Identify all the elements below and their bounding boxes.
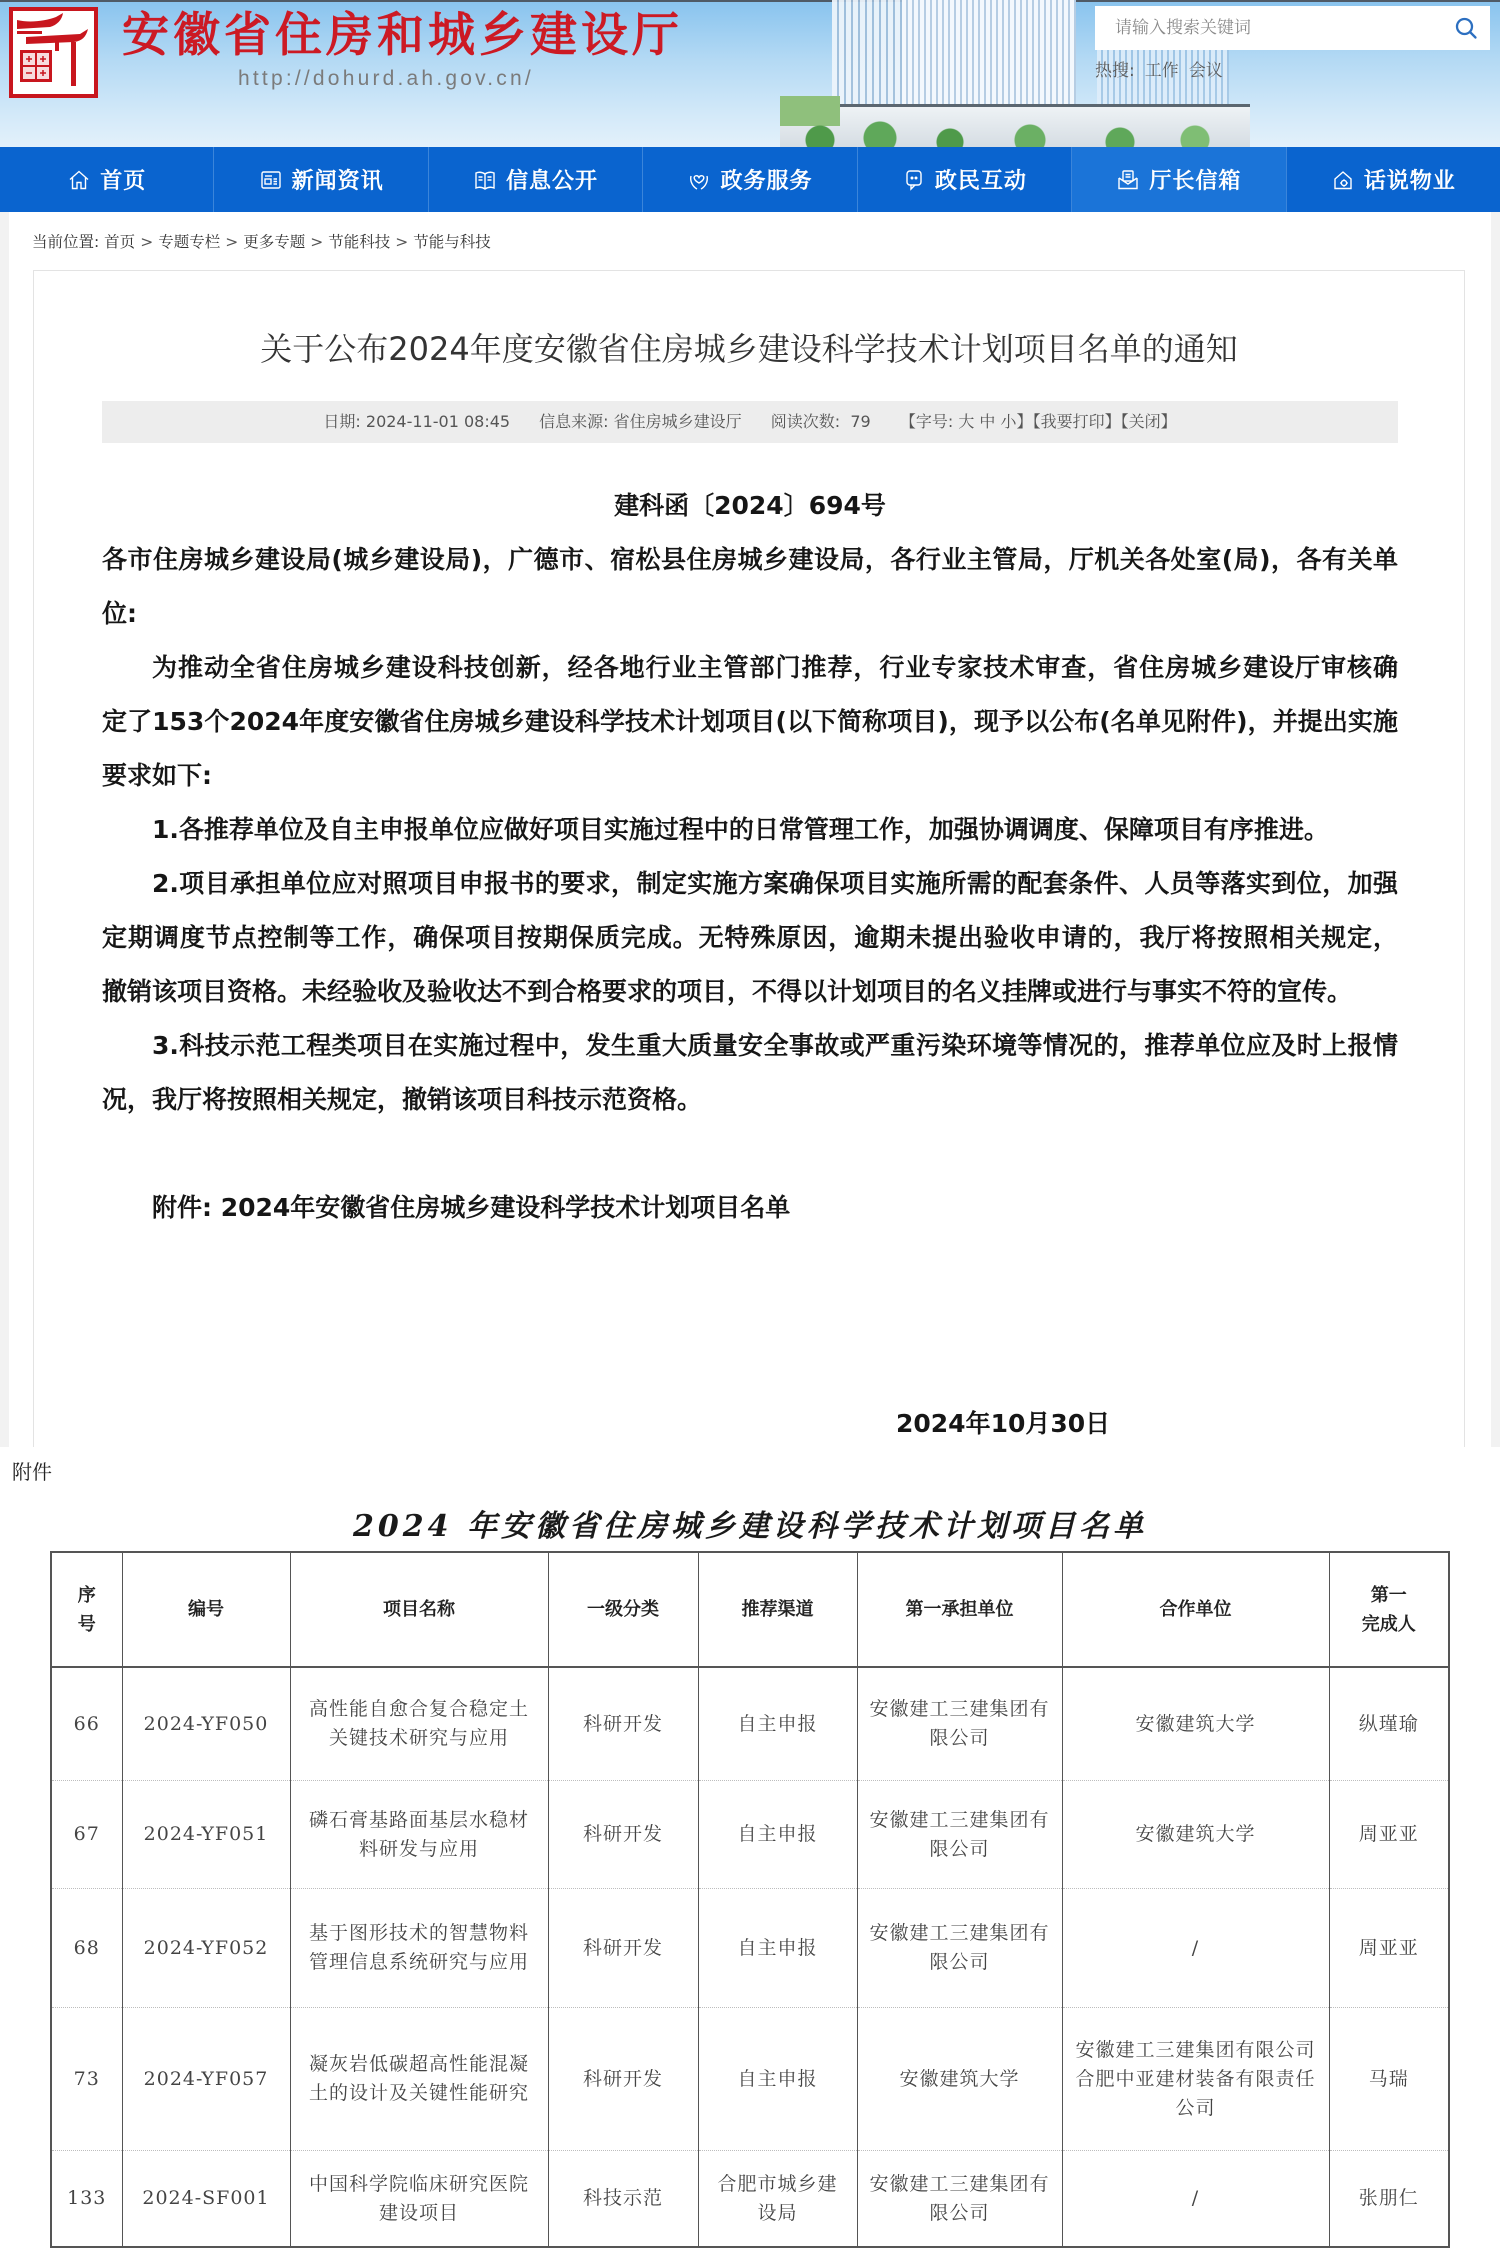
meta-date: 日期: 2024-11-01 08:45 bbox=[323, 412, 510, 431]
hot-search: 热搜:工作会议 bbox=[1095, 58, 1223, 84]
paragraph-line: 要求如下: bbox=[102, 749, 1398, 803]
cell-partner: 安徽建筑大学 bbox=[1062, 1781, 1329, 1889]
hot-search-term[interactable]: 会议 bbox=[1189, 61, 1223, 81]
newspaper-icon bbox=[259, 168, 283, 192]
column-header-category: 一级分类 bbox=[548, 1552, 698, 1667]
cell-code: 2024-YF051 bbox=[122, 1781, 290, 1889]
nav-item-label: 政务服务 bbox=[720, 164, 812, 195]
paragraph-line: 为推动全省住房城乡建设科技创新，经各地行业主管部门推荐，行业专家技术审查，省住房… bbox=[102, 641, 1398, 695]
cell-partner: / bbox=[1062, 1889, 1329, 2008]
nav-item-label: 政民互动 bbox=[935, 164, 1027, 195]
cell-code: 2024-YF050 bbox=[122, 1667, 290, 1781]
meta-views: 阅读次数: 79 bbox=[771, 412, 871, 431]
cell-lead-person: 周亚亚 bbox=[1329, 1781, 1449, 1889]
blank-line bbox=[102, 1235, 1398, 1289]
cell-seq: 66 bbox=[51, 1667, 122, 1781]
cell-lead-person: 张朋仁 bbox=[1329, 2151, 1449, 2248]
cell-seq: 133 bbox=[51, 2151, 122, 2248]
column-header-seq: 序 号 bbox=[51, 1552, 122, 1667]
header-trees bbox=[800, 118, 1220, 147]
nav-item-label: 首页 bbox=[100, 164, 146, 195]
nav-item-property-talk[interactable]: 话说物业 bbox=[1287, 147, 1500, 212]
cell-lead-unit: 安徽建工三建集团有限公司 bbox=[857, 1667, 1062, 1781]
font-size-medium-button[interactable]: 中 bbox=[979, 412, 995, 431]
cell-seq: 67 bbox=[51, 1781, 122, 1889]
meta-views-label: 阅读次数: bbox=[771, 412, 840, 431]
paragraph-line: 2.项目承担单位应对照项目申报书的要求，制定实施方案确保项目实施所需的配套条件、… bbox=[102, 857, 1398, 911]
attachment-title: 2024 年安徽省住房城乡建设科学技术计划项目名单 bbox=[0, 1509, 1500, 1545]
paragraph-line: 定了153个2024年度安徽省住房城乡建设科学技术计划项目(以下简称项目)，现予… bbox=[102, 695, 1398, 749]
cell-lead-unit: 安徽建工三建集团有限公司 bbox=[857, 2151, 1062, 2248]
nav-item-info-disclosure[interactable]: 信息公开 bbox=[429, 147, 643, 212]
site-header: 安徽省住房和城乡建设厅 http://dohurd.ah.gov.cn/ 热搜:… bbox=[0, 0, 1500, 147]
article-title: 关于公布2024年度安徽省住房城乡建设科学技术计划项目名单的通知 bbox=[34, 329, 1464, 369]
meta-views-value: 79 bbox=[850, 412, 870, 431]
font-size-large-button[interactable]: 大 bbox=[958, 412, 974, 431]
cell-channel: 自主申报 bbox=[698, 1889, 857, 2008]
meta-date-value: 2024-11-01 08:45 bbox=[366, 412, 510, 431]
cell-category: 科研开发 bbox=[548, 1667, 698, 1781]
paragraph-line: 3.科技示范工程类项目在实施过程中，发生重大质量安全事故或严重污染环境等情况的，… bbox=[102, 1019, 1398, 1073]
attachment-section: 附件 2024 年安徽省住房城乡建设科学技术计划项目名单 序 号 编号 项目名称… bbox=[0, 1447, 1500, 2264]
paragraph-line: 况，我厅将按照相关规定，撤销该项目科技示范资格。 bbox=[102, 1073, 1398, 1127]
search-input[interactable] bbox=[1095, 6, 1435, 50]
cell-partner: 安徽建工三建集团有限公司 合肥中亚建材装备有限责任公司 bbox=[1062, 2008, 1329, 2151]
project-table: 序 号 编号 项目名称 一级分类 推荐渠道 第一承担单位 合作单位 第一 完成人… bbox=[50, 1551, 1450, 2248]
site-url[interactable]: http://dohurd.ah.gov.cn/ bbox=[238, 65, 534, 93]
meta-date-label: 日期: bbox=[323, 412, 360, 431]
breadcrumb-separator: > bbox=[140, 233, 153, 251]
paragraph-line: 定期调度节点控制等工作，确保项目按期保质完成。无特殊原因，逾期未提出验收申请的，… bbox=[102, 911, 1398, 965]
font-size-bracket: 】 bbox=[1017, 412, 1033, 431]
cell-lead-person: 纵瑾瑜 bbox=[1329, 1667, 1449, 1781]
paragraph-line: 撤销该项目资格。未经验收及验收达不到合格要求的项目，不得以计划项目的名义挂牌或进… bbox=[102, 965, 1398, 1019]
cell-project-name: 磷石膏基路面基层水稳材料研发与应用 bbox=[290, 1781, 548, 1889]
cell-code: 2024-YF052 bbox=[122, 1889, 290, 2008]
table-header-row: 序 号 编号 项目名称 一级分类 推荐渠道 第一承担单位 合作单位 第一 完成人 bbox=[51, 1552, 1449, 1667]
nav-item-gov-services[interactable]: 政务服务 bbox=[643, 147, 857, 212]
cell-category: 科研开发 bbox=[548, 2008, 698, 2151]
hot-search-label: 热搜: bbox=[1095, 61, 1135, 81]
meta-source: 信息来源: 省住房城乡建设厅 bbox=[539, 412, 742, 431]
cell-channel: 自主申报 bbox=[698, 2008, 857, 2151]
top-rule bbox=[0, 0, 1500, 2]
attachment-label: 附件 bbox=[12, 1458, 52, 1486]
breadcrumb-item[interactable]: 节能科技 bbox=[328, 233, 390, 251]
column-header-channel: 推荐渠道 bbox=[698, 1552, 857, 1667]
nav-item-label: 话说物业 bbox=[1364, 164, 1456, 195]
table-row: 67 2024-YF051 磷石膏基路面基层水稳材料研发与应用 科研开发 自主申… bbox=[51, 1781, 1449, 1889]
column-header-lead-person: 第一 完成人 bbox=[1329, 1552, 1449, 1667]
cell-category: 科研开发 bbox=[548, 1781, 698, 1889]
addressee-line: 各市住房城乡建设局(城乡建设局)，广德市、宿松县住房城乡建设局，各行业主管局，厅… bbox=[102, 533, 1398, 587]
blank-line bbox=[102, 1343, 1398, 1397]
breadcrumb: 当前位置: 首页>专题专栏>更多专题>节能科技>节能与科技 bbox=[32, 232, 491, 252]
house-gear-icon bbox=[1331, 168, 1355, 192]
cell-category: 科技示范 bbox=[548, 2151, 698, 2248]
table-row: 73 2024-YF057 凝灰岩低碳超高性能混凝土的设计及关键性能研究 科研开… bbox=[51, 2008, 1449, 2151]
cell-project-name: 中国科学院临床研究医院建设项目 bbox=[290, 2151, 548, 2248]
cell-channel: 自主申报 bbox=[698, 1667, 857, 1781]
cell-lead-person: 周亚亚 bbox=[1329, 1889, 1449, 2008]
blank-line bbox=[102, 1127, 1398, 1181]
home-icon bbox=[67, 168, 91, 192]
nav-item-director-mailbox[interactable]: 厅长信箱 bbox=[1072, 147, 1286, 212]
breadcrumb-separator: > bbox=[395, 233, 408, 251]
breadcrumb-item[interactable]: 更多专题 bbox=[243, 233, 305, 251]
breadcrumb-item[interactable]: 节能与科技 bbox=[413, 233, 491, 251]
nav-item-public-interaction[interactable]: 政民互动 bbox=[858, 147, 1072, 212]
cell-channel: 合肥市城乡建设局 bbox=[698, 2151, 857, 2248]
cell-seq: 73 bbox=[51, 2008, 122, 2151]
column-header-lead-unit: 第一承担单位 bbox=[857, 1552, 1062, 1667]
cell-project-name: 高性能自愈合复合稳定土关键技术研究与应用 bbox=[290, 1667, 548, 1781]
search-box bbox=[1095, 6, 1490, 50]
addressee-line: 位: bbox=[102, 587, 1398, 641]
print-button[interactable]: 【我要打印】 bbox=[1033, 412, 1121, 431]
article-meta-bar: 日期: 2024-11-01 08:45 信息来源: 省住房城乡建设厅 阅读次数… bbox=[102, 401, 1398, 443]
nav-item-label: 新闻资讯 bbox=[292, 164, 384, 195]
cell-partner: 安徽建筑大学 bbox=[1062, 1667, 1329, 1781]
breadcrumb-separator: > bbox=[310, 233, 323, 251]
cell-lead-unit: 安徽建筑大学 bbox=[857, 2008, 1062, 2151]
cell-lead-unit: 安徽建工三建集团有限公司 bbox=[857, 1889, 1062, 2008]
nav-item-home[interactable]: 首页 bbox=[0, 147, 214, 212]
main-area: 当前位置: 首页>专题专栏>更多专题>节能科技>节能与科技 关于公布2024年度… bbox=[0, 212, 1500, 1447]
cell-code: 2024-SF001 bbox=[122, 2151, 290, 2248]
article-container: 关于公布2024年度安徽省住房城乡建设科学技术计划项目名单的通知 日期: 202… bbox=[33, 270, 1465, 1447]
cell-lead-unit: 安徽建工三建集团有限公司 bbox=[857, 1781, 1062, 1889]
cell-code: 2024-YF057 bbox=[122, 2008, 290, 2151]
nav-item-label: 信息公开 bbox=[506, 164, 598, 195]
column-header-partner: 合作单位 bbox=[1062, 1552, 1329, 1667]
column-header-code: 编号 bbox=[122, 1552, 290, 1667]
chat-bubble-icon bbox=[902, 168, 926, 192]
blank-line bbox=[102, 1289, 1398, 1343]
close-button[interactable]: 【关闭】 bbox=[1121, 412, 1177, 431]
gate-seal-logo-icon[interactable] bbox=[0, 0, 110, 110]
table-row: 66 2024-YF050 高性能自愈合复合稳定土关键技术研究与应用 科研开发 … bbox=[51, 1667, 1449, 1781]
font-size-small-button[interactable]: 小 bbox=[1001, 412, 1017, 431]
meta-actions: 【字号: 大 中 小】【我要打印】【关闭】 bbox=[900, 412, 1177, 431]
main-content-panel: 当前位置: 首页>专题专栏>更多专题>节能科技>节能与科技 关于公布2024年度… bbox=[9, 212, 1491, 1447]
site-title[interactable]: 安徽省住房和城乡建设厅 bbox=[122, 6, 683, 66]
cell-lead-person: 马瑞 bbox=[1329, 2008, 1449, 2151]
search-icon[interactable] bbox=[1454, 16, 1478, 40]
column-header-project-name: 项目名称 bbox=[290, 1552, 548, 1667]
attachment-note[interactable]: 附件: 2024年安徽省住房城乡建设科学技术计划项目名单 bbox=[102, 1181, 1398, 1235]
cell-project-name: 基于图形技术的智慧物料管理信息系统研究与应用 bbox=[290, 1889, 548, 2008]
breadcrumb-item[interactable]: 首页 bbox=[104, 233, 135, 251]
hot-search-term[interactable]: 工作 bbox=[1145, 61, 1179, 81]
hands-heart-icon bbox=[687, 168, 711, 192]
article-body: 建科函〔2024〕694号 各市住房城乡建设局(城乡建设局)，广德市、宿松县住房… bbox=[102, 479, 1398, 1451]
nav-item-label: 厅长信箱 bbox=[1149, 164, 1241, 195]
nav-item-news[interactable]: 新闻资讯 bbox=[214, 147, 428, 212]
meta-source-value: 省住房城乡建设厅 bbox=[614, 412, 742, 431]
open-book-icon bbox=[473, 168, 497, 192]
cell-seq: 68 bbox=[51, 1889, 122, 2008]
cell-partner: / bbox=[1062, 2151, 1329, 2248]
table-row: 133 2024-SF001 中国科学院临床研究医院建设项目 科技示范 合肥市城… bbox=[51, 2151, 1449, 2248]
breadcrumb-separator: > bbox=[225, 233, 238, 251]
breadcrumb-item[interactable]: 专题专栏 bbox=[158, 233, 220, 251]
cell-category: 科研开发 bbox=[548, 1889, 698, 2008]
mailbox-icon bbox=[1116, 168, 1140, 192]
table-row: 68 2024-YF052 基于图形技术的智慧物料管理信息系统研究与应用 科研开… bbox=[51, 1889, 1449, 2008]
breadcrumb-label: 当前位置: bbox=[32, 233, 99, 251]
cell-project-name: 凝灰岩低碳超高性能混凝土的设计及关键性能研究 bbox=[290, 2008, 548, 2151]
font-size-label: 【字号: bbox=[900, 412, 953, 431]
paragraph-line: 1.各推荐单位及自主申报单位应做好项目实施过程中的日常管理工作，加强协调调度、保… bbox=[102, 803, 1398, 857]
cell-channel: 自主申报 bbox=[698, 1781, 857, 1889]
signed-date: 2024年10月30日 bbox=[102, 1397, 1398, 1451]
meta-source-label: 信息来源: bbox=[539, 412, 608, 431]
document-number: 建科函〔2024〕694号 bbox=[102, 479, 1398, 533]
main-nav: 首页 新闻资讯 信息公开 政务服务 政民互动 厅长信箱 话说物业 bbox=[0, 147, 1500, 212]
